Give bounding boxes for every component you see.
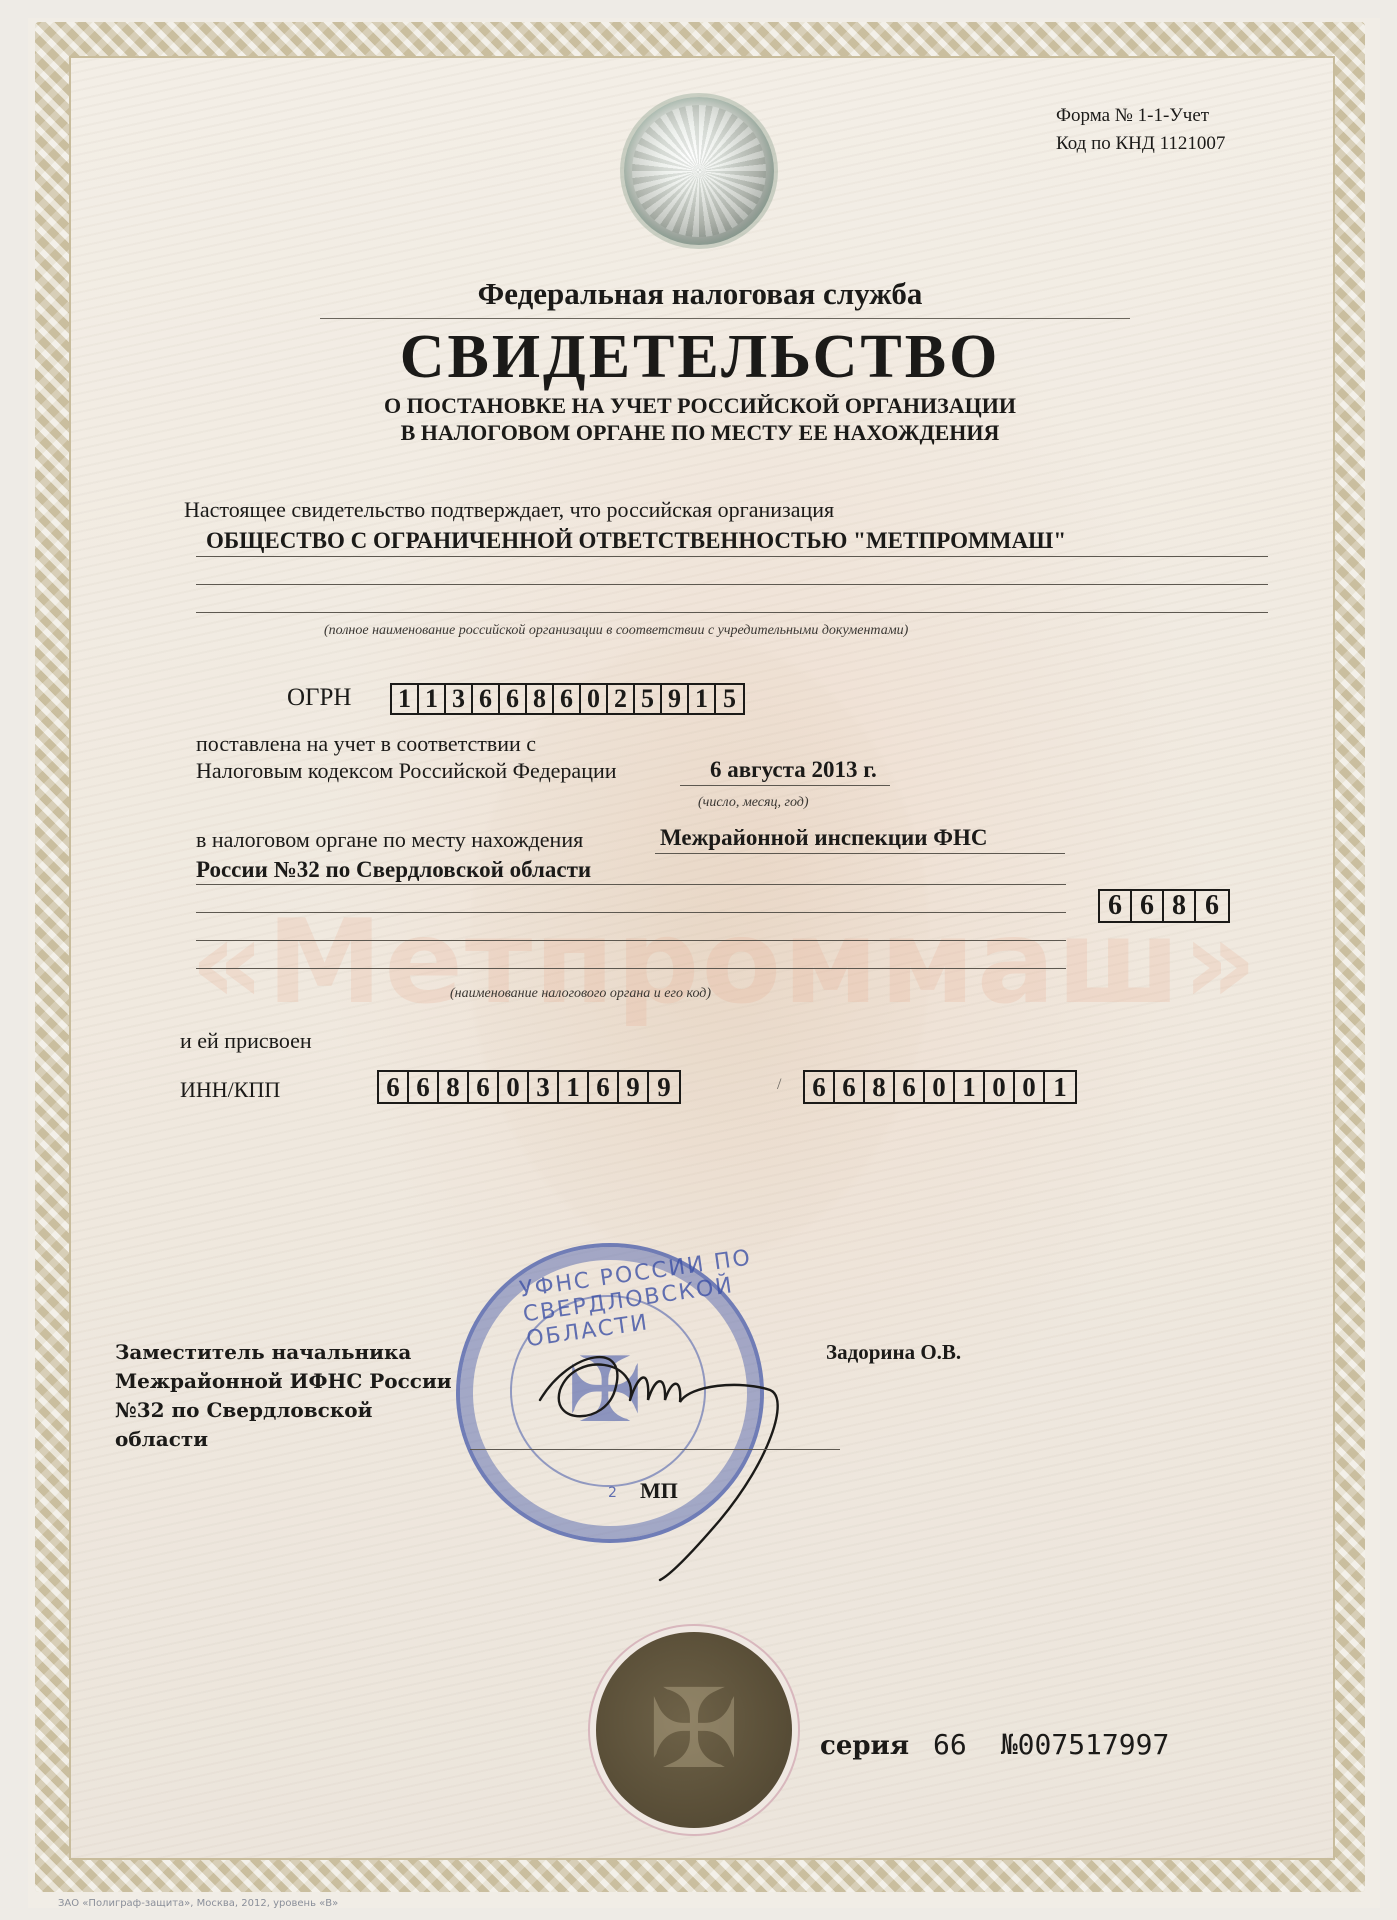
kpp-digit: 6	[835, 1072, 865, 1102]
kpp-digit: 1	[955, 1072, 985, 1102]
printer-note: ЗАО «Полиграф-защита», Москва, 2012, уро…	[58, 1898, 338, 1909]
organization-caption: (полное наименование российской организа…	[324, 623, 908, 639]
ogrn-digit-boxes: 1136686025915	[390, 683, 745, 715]
ogrn-digit: 9	[662, 685, 689, 713]
ogrn-digit: 2	[608, 685, 635, 713]
tax-code-digit: 6	[1100, 891, 1132, 921]
kpp-digit: 0	[1015, 1072, 1045, 1102]
ogrn-digit: 5	[635, 685, 662, 713]
kpp-digit: 8	[865, 1072, 895, 1102]
series-value: 66	[933, 1728, 967, 1761]
inn-digit: 9	[619, 1072, 649, 1102]
company-watermark: «Метпроммаш»	[190, 895, 1220, 1030]
org-name-underline-3	[196, 612, 1268, 613]
signer-position: Заместитель начальника Межрайонной ИФНС …	[115, 1338, 452, 1454]
kpp-digit: 0	[925, 1072, 955, 1102]
signer-position-line-4: области	[115, 1425, 452, 1454]
ogrn-digit: 1	[392, 685, 419, 713]
agency-divider	[320, 318, 1130, 319]
ogrn-label: ОГРН	[287, 684, 351, 712]
signer-position-line-3: №32 по Свердловской	[115, 1396, 452, 1425]
date-caption: (число, месяц, год)	[698, 795, 809, 811]
date-underline	[680, 785, 890, 786]
serial-block: серия66№007517997	[820, 1728, 1169, 1762]
tax-authority-intro: в налоговом органе по месту нахождения	[196, 827, 583, 853]
tax-authority-underline-2	[196, 884, 1066, 885]
signer-position-line-2: Межрайонной ИФНС России	[115, 1367, 452, 1396]
ogrn-digit: 6	[554, 685, 581, 713]
inn-digit-boxes: 6686031699	[377, 1070, 681, 1104]
ogrn-digit: 6	[500, 685, 527, 713]
org-name-underline-2	[196, 584, 1268, 585]
inn-kpp-label: ИНН/КПП	[180, 1077, 280, 1103]
tax-authority-code-boxes: 6686	[1098, 889, 1230, 923]
form-number: Форма № 1-1-Учет	[1056, 102, 1225, 130]
ogrn-digit: 1	[689, 685, 716, 713]
inn-digit: 6	[589, 1072, 619, 1102]
signer-name: Задорина О.В.	[826, 1340, 961, 1365]
inn-digit: 6	[379, 1072, 409, 1102]
tax-code-digit: 6	[1196, 891, 1228, 921]
kpp-digit-boxes: 668601001	[803, 1070, 1077, 1104]
org-name-underline-1	[196, 556, 1268, 557]
tax-code-digit: 6	[1132, 891, 1164, 921]
knd-code: Код по КНД 1121007	[1056, 130, 1225, 158]
subtitle-line-1: О ПОСТАНОВКЕ НА УЧЕТ РОССИЙСКОЙ ОРГАНИЗА…	[190, 392, 1210, 419]
ogrn-digit: 8	[527, 685, 554, 713]
subtitle-line-2: В НАЛОГОВОМ ОРГАНЕ ПО МЕСТУ ЕЕ НАХОЖДЕНИ…	[190, 419, 1210, 446]
tax-authority-underline-4	[196, 940, 1066, 941]
tax-authority-underline-5	[196, 968, 1066, 969]
registration-date: 6 августа 2013 г.	[710, 757, 877, 783]
tax-authority-underline-1	[655, 853, 1065, 854]
series-label: серия	[820, 1731, 909, 1761]
ogrn-digit: 1	[419, 685, 446, 713]
organization-name: ОБЩЕСТВО С ОГРАНИЧЕННОЙ ОТВЕТСТВЕННОСТЬЮ…	[206, 528, 1066, 554]
serial-number: №007517997	[1001, 1728, 1170, 1761]
ogrn-digit: 5	[716, 685, 743, 713]
ogrn-digit: 6	[473, 685, 500, 713]
ogrn-digit: 3	[446, 685, 473, 713]
inn-digit: 1	[559, 1072, 589, 1102]
inn-digit: 8	[439, 1072, 469, 1102]
kpp-digit: 6	[895, 1072, 925, 1102]
inn-digit: 6	[469, 1072, 499, 1102]
embossed-seal: ✠	[596, 1632, 792, 1828]
tax-authority-underline-3	[196, 912, 1066, 913]
certificate-subtitle: О ПОСТАНОВКЕ НА УЧЕТ РОССИЙСКОЙ ОРГАНИЗА…	[190, 392, 1210, 446]
tax-authority-name-line-2: России №32 по Свердловской области	[196, 857, 591, 883]
ogrn-digit: 0	[581, 685, 608, 713]
handwritten-signature	[520, 1330, 820, 1580]
kpp-digit: 0	[985, 1072, 1015, 1102]
double-headed-eagle-icon: ✠	[596, 1632, 792, 1828]
hologram-seal-icon	[624, 97, 774, 245]
inn-digit: 6	[409, 1072, 439, 1102]
signer-position-line-1: Заместитель начальника	[115, 1338, 452, 1367]
registration-line-1: поставлена на учет в соответствии с	[196, 731, 536, 757]
tax-code-digit: 8	[1164, 891, 1196, 921]
kpp-digit: 6	[805, 1072, 835, 1102]
inn-digit: 0	[499, 1072, 529, 1102]
inn-kpp-separator: /	[777, 1076, 781, 1094]
form-code-block: Форма № 1-1-Учет Код по КНД 1121007	[1056, 102, 1225, 158]
certificate-title: СВИДЕТЕЛЬСТВО	[190, 322, 1210, 393]
inn-digit: 3	[529, 1072, 559, 1102]
registration-line-2: Налоговым кодексом Российской Федерации	[196, 758, 617, 784]
tax-authority-caption: (наименование налогового органа и его ко…	[450, 986, 711, 1002]
signature-line	[470, 1449, 840, 1450]
tax-authority-name-line-1: Межрайонной инспекции ФНС	[660, 825, 988, 851]
inn-digit: 9	[649, 1072, 679, 1102]
agency-name: Федеральная налоговая служба	[190, 276, 1210, 312]
kpp-digit: 1	[1045, 1072, 1075, 1102]
assigned-label: и ей присвоен	[180, 1028, 312, 1054]
stamp-place-label: МП	[640, 1478, 678, 1504]
organization-intro: Настоящее свидетельство подтверждает, чт…	[184, 497, 834, 523]
